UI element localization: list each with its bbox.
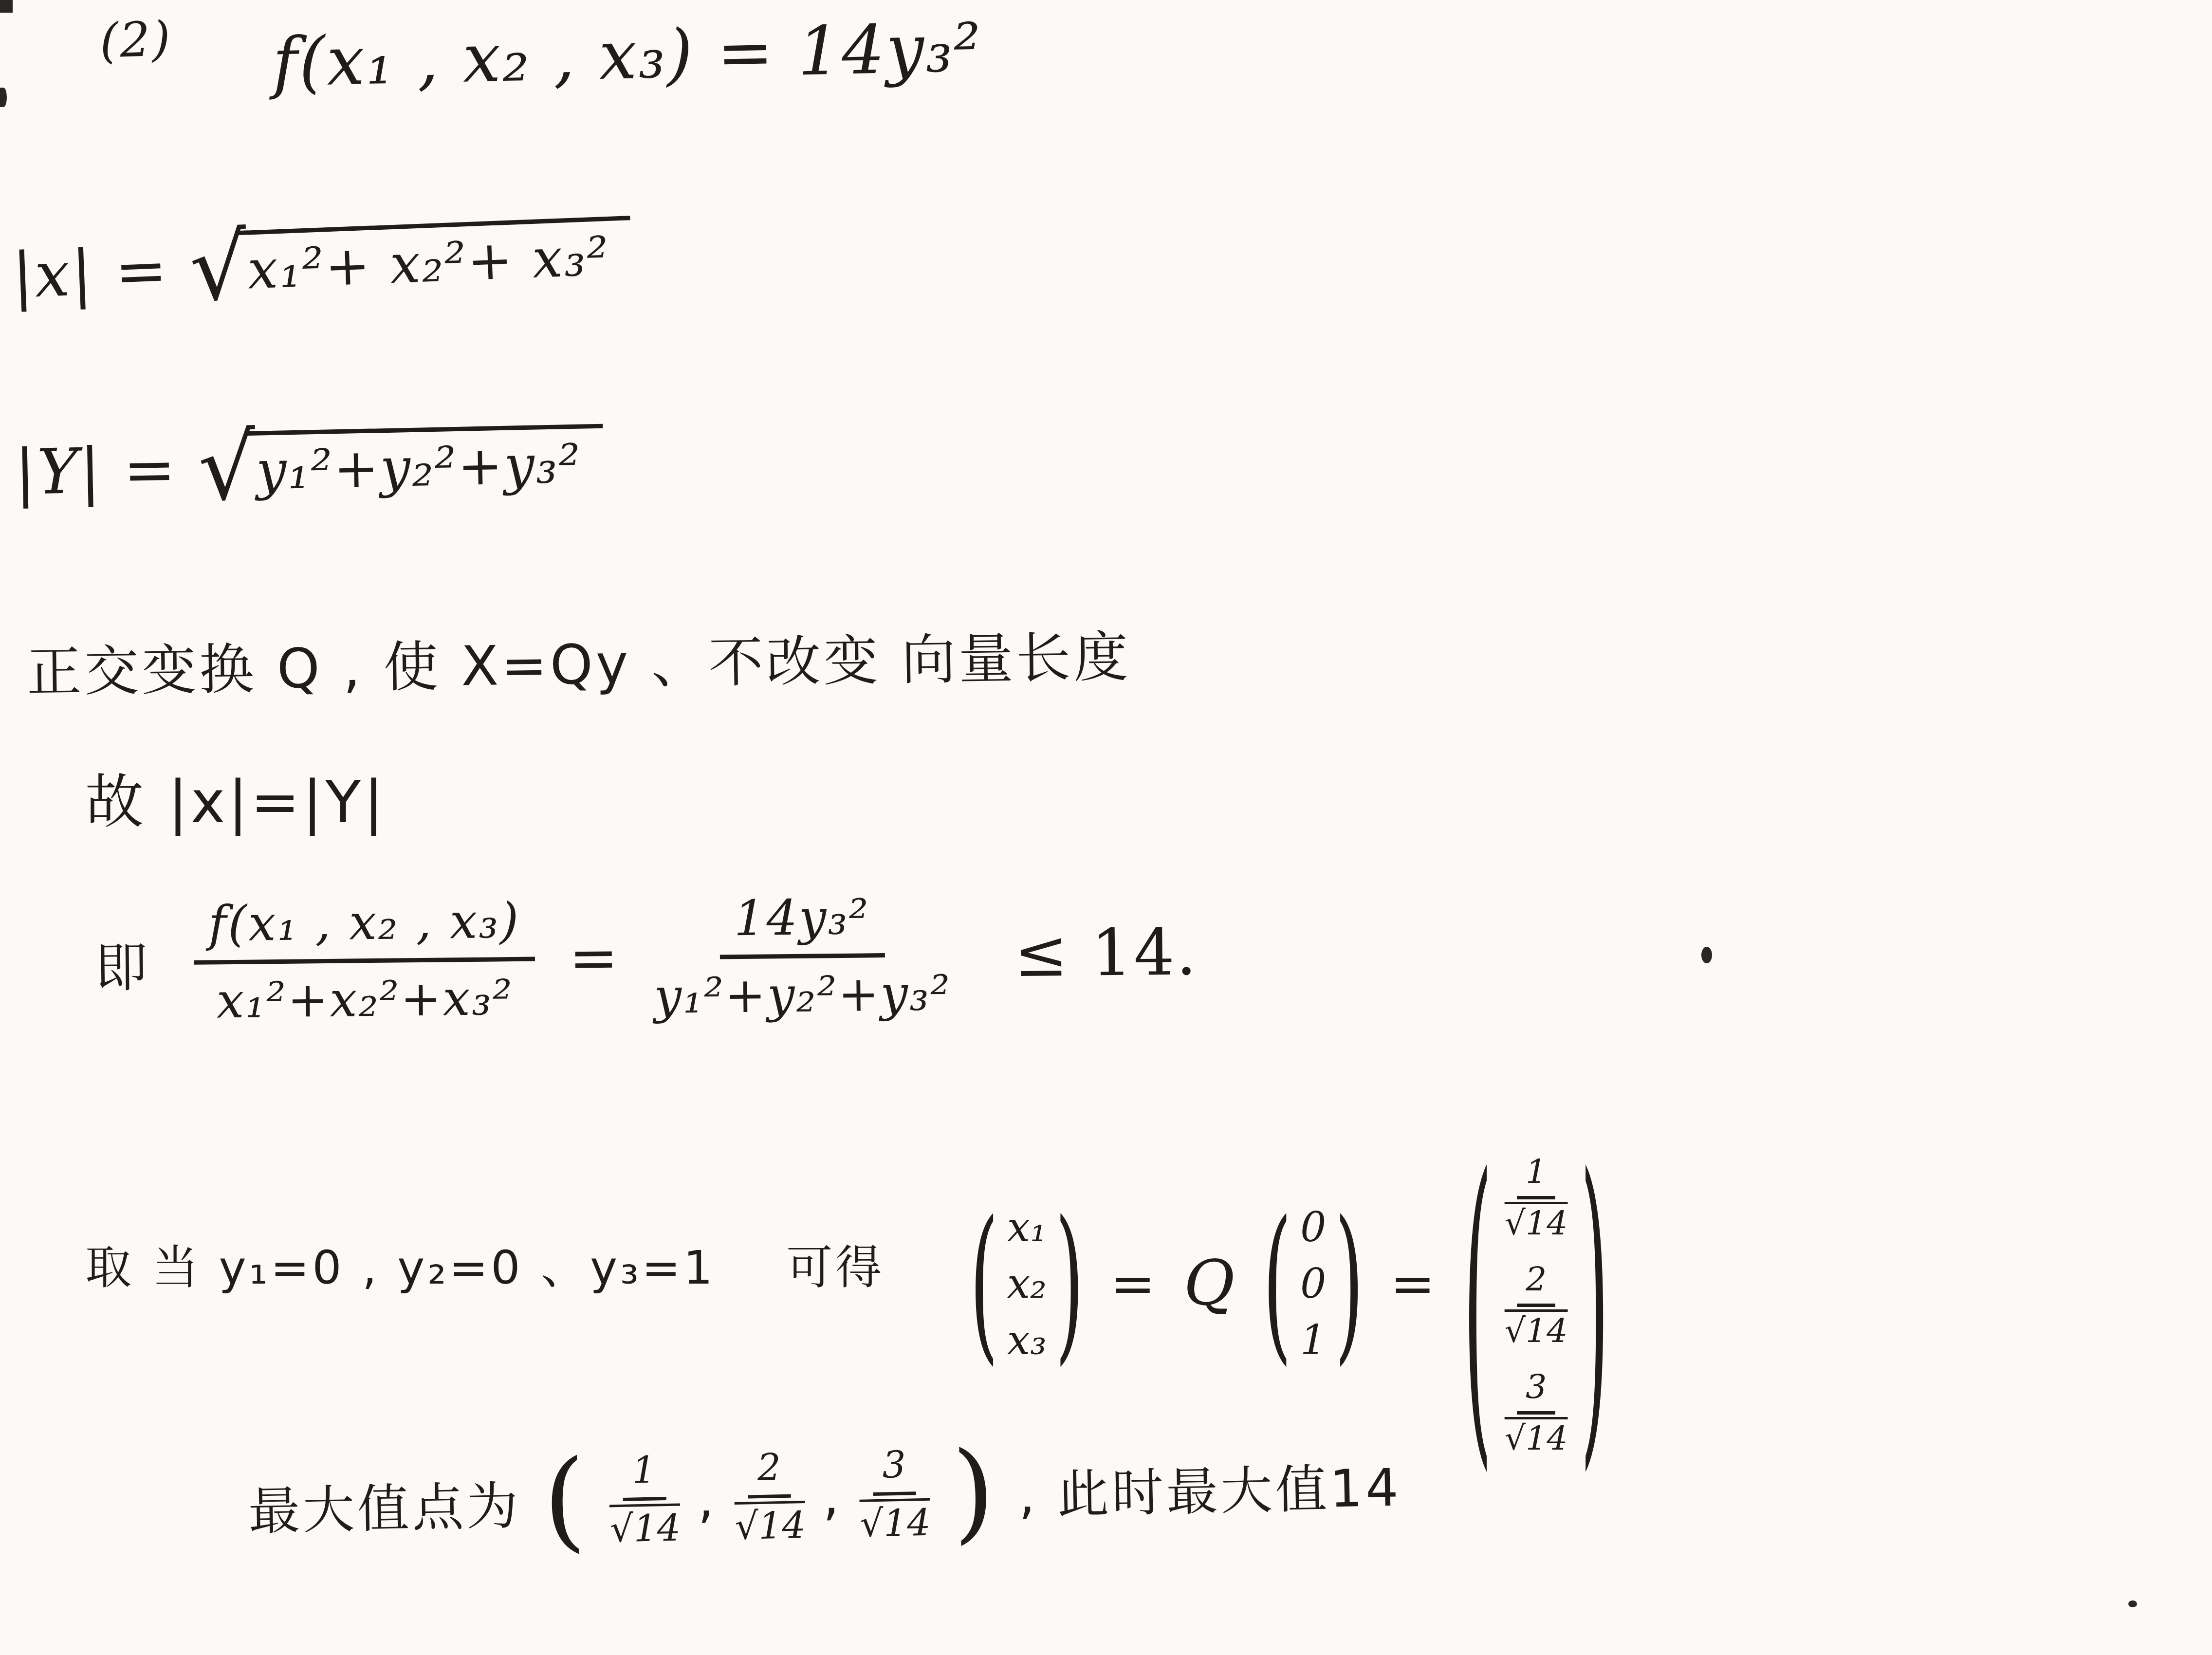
rhs-fraction-numerator: 14y₃² <box>719 888 885 959</box>
lhs-fraction-numerator: f(x₁ , x₂ , x₃) <box>194 892 535 965</box>
fraction-numerator: 2 <box>1517 1260 1555 1307</box>
result-entry-fraction: 2 √14 <box>1505 1260 1568 1350</box>
max-value-label: , 此时最大值14 <box>1018 1446 1402 1528</box>
stray-ink-dot <box>0 88 7 107</box>
left-paren: ( <box>970 1199 998 1367</box>
max-point-label: 最大值点为 <box>247 1465 521 1545</box>
left-paren: ( <box>1463 1138 1492 1473</box>
right-paren: ) <box>951 1443 997 1541</box>
norm-x-lhs: |x| = <box>11 234 170 313</box>
norm-y-radicand: y₁²+y₂²+y₃² <box>247 424 604 502</box>
lhs-fraction: f(x₁ , x₂ , x₃) x₁²+x₂²+x₃² <box>194 892 536 1030</box>
lhs-fraction-denominator: x₁²+x₂²+x₃² <box>216 961 514 1029</box>
orthogonal-transform-statement: 正交变换 Q , 使 X=Qy 、不改变 向量长度 <box>26 613 1131 707</box>
norm-x-equation: |x| = √x₁²+ x₂²+ x₃² <box>11 216 633 313</box>
fraction-denominator: √14 <box>1505 1199 1568 1243</box>
vector-e3-entry: 0 <box>1300 1203 1326 1251</box>
fraction-numerator: 1 <box>622 1448 666 1501</box>
hence-statement: 故 |x|=|Y| <box>85 755 387 839</box>
result-entry-fraction: 1 √14 <box>1505 1153 1568 1243</box>
result-entry-fraction: 3 √14 <box>1505 1368 1568 1458</box>
equals-sign: = <box>569 924 620 993</box>
fraction-denominator: √14 <box>859 1495 931 1545</box>
rhs-fraction: 14y₃² y₁²+y₂²+y₃² <box>653 888 951 1025</box>
fraction-denominator: √14 <box>609 1500 681 1550</box>
ratio-inequality: 即 f(x₁ , x₂ , x₃) x₁²+x₂²+x₃² = 14y₃² y₁… <box>94 885 1199 1030</box>
equals-sign: = <box>1390 1252 1437 1315</box>
right-paren: ) <box>1055 1199 1084 1367</box>
norm-x-radicand: x₁²+ x₂²+ x₃² <box>239 216 633 301</box>
vector-e3-entry: 0 <box>1300 1260 1326 1307</box>
obtain-label: 可得 <box>786 1231 885 1297</box>
fraction-numerator: 2 <box>747 1445 792 1499</box>
fraction-numerator: 3 <box>1517 1368 1555 1415</box>
fraction-numerator: 1 <box>1517 1153 1555 1199</box>
problem-number: (2) <box>99 11 173 69</box>
vector-x-entry: x₃ <box>1007 1316 1047 1364</box>
left-paren: ( <box>542 1452 588 1550</box>
stray-ink-dot <box>2128 1600 2137 1607</box>
max-point-coordinate: 2 √14 <box>733 1445 806 1548</box>
stray-ink-dot <box>1701 947 1712 963</box>
equals-sign: = <box>1110 1252 1157 1315</box>
vector-x: ( x₁ x₂ x₃ ) <box>970 1203 1084 1364</box>
comma: , <box>822 1466 842 1526</box>
rhs-fraction-denominator: y₁²+y₂²+y₃² <box>654 957 952 1025</box>
max-point-coordinate: 3 √14 <box>858 1442 931 1545</box>
norm-y-lhs: |Y| = <box>14 433 178 509</box>
fraction-numerator: 3 <box>872 1442 916 1496</box>
upper-bound: ≤ 14. <box>1014 915 1198 992</box>
page-corner-mark <box>0 0 13 13</box>
substitution-condition: 取 当 y₁=0 , y₂=0 、y₃=1 <box>85 1231 716 1297</box>
vector-result: ( 1 √14 2 √14 3 √14 ) <box>1463 1153 1609 1458</box>
vector-e3-entry: 1 <box>1300 1316 1326 1364</box>
function-definition: f(x₁ , x₂ , x₃) = 14y₃² <box>272 8 983 101</box>
orthogonal-matrix-symbol: Q <box>1184 1247 1236 1320</box>
fraction-denominator: √14 <box>1505 1415 1568 1458</box>
vector-x-entry: x₂ <box>1007 1260 1047 1307</box>
right-paren: ) <box>1581 1138 1609 1473</box>
right-paren: ) <box>1335 1199 1364 1367</box>
norm-y-equation: |Y| = √y₁²+y₂²+y₃² <box>14 424 604 509</box>
left-paren: ( <box>1263 1199 1291 1367</box>
substitution-line: 取 当 y₁=0 , y₂=0 、y₃=1 可得 ( x₁ x₂ x₃ ) = … <box>85 1153 1609 1458</box>
fraction-denominator: √14 <box>1505 1307 1568 1350</box>
max-point-coordinate: 1 √14 <box>608 1447 681 1550</box>
vector-x-entry: x₁ <box>1007 1203 1047 1251</box>
comma: , <box>697 1469 718 1529</box>
notebook-page: (2) f(x₁ , x₂ , x₃) = 14y₃² |x| = √x₁²+ … <box>0 0 2212 1655</box>
vector-e3: ( 0 0 1 ) <box>1263 1203 1364 1364</box>
fraction-denominator: √14 <box>735 1497 806 1548</box>
thus-label: 即 <box>94 925 151 1001</box>
